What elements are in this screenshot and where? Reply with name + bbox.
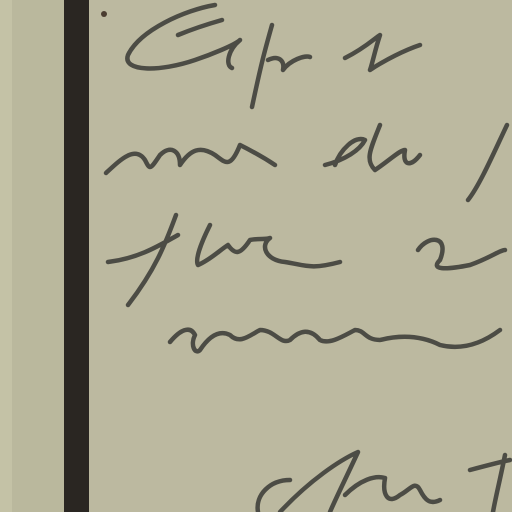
handwriting-line-5: [258, 452, 510, 512]
handwriting-line-3: [108, 215, 505, 305]
handwriting: [0, 0, 512, 512]
handwriting-line-4: [170, 330, 500, 352]
handwriting-line-2: [106, 125, 507, 200]
handwriting-line-1: [127, 5, 420, 107]
